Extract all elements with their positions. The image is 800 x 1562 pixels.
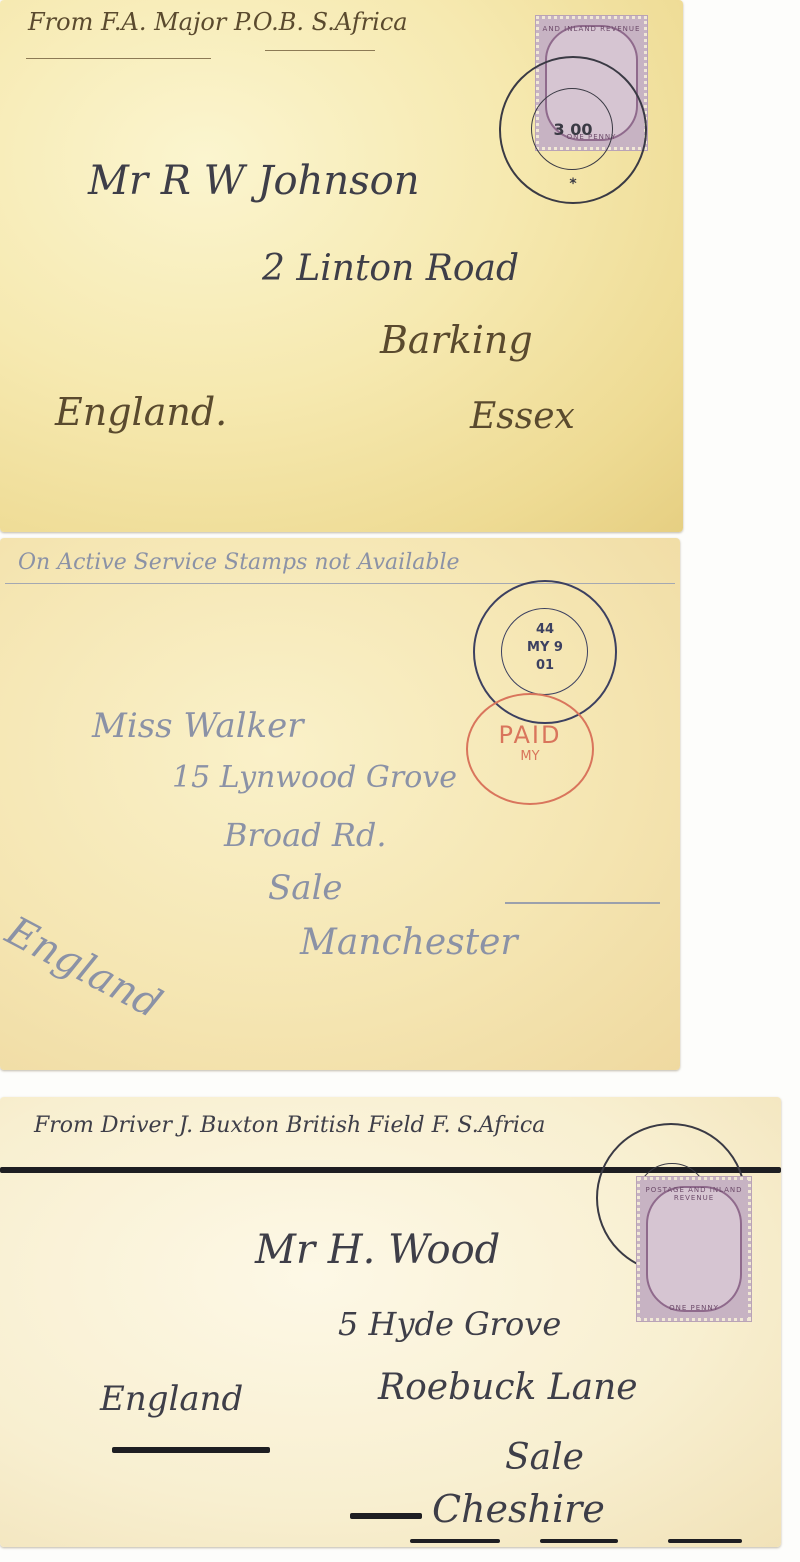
address-line: 5 Hyde Grove — [338, 1305, 561, 1343]
underline-mark — [112, 1447, 270, 1453]
addressee-name: Mr R W Johnson — [88, 158, 419, 204]
address-country: England — [0, 908, 169, 1028]
envelope-2: On Active Service Stamps not Available 4… — [0, 538, 680, 1070]
header-note: From Driver J. Buxton British Field F. S… — [34, 1113, 545, 1138]
underline — [505, 902, 660, 904]
black-dash-mark — [350, 1513, 422, 1519]
underline-mark — [410, 1539, 500, 1543]
address-street: Broad Rd. — [224, 816, 387, 854]
address-county: Cheshire — [432, 1487, 605, 1531]
ruled-line — [5, 583, 675, 584]
envelope-1: From F.A. Major P.O.B. S.Africa AND INLA… — [0, 0, 683, 532]
header-note: From F.A. Major P.O.B. S.Africa — [28, 8, 408, 36]
address-country: England. — [55, 390, 227, 434]
address-town: Sale — [505, 1437, 584, 1478]
address-line: 15 Lynwood Grove — [172, 760, 457, 795]
penny-lilac-stamp: POSTAGE AND INLAND REVENUE ONE PENNY — [637, 1177, 751, 1321]
underline — [26, 58, 211, 59]
underline-mark — [540, 1539, 618, 1543]
underline — [265, 50, 375, 51]
address-street: Roebuck Lane — [378, 1367, 638, 1408]
underline-mark — [668, 1539, 742, 1543]
envelope-3: From Driver J. Buxton British Field F. S… — [0, 1097, 781, 1547]
address-town: Barking — [380, 318, 533, 362]
address-line: 2 Linton Road — [262, 248, 519, 289]
address-town: Sale — [268, 868, 343, 908]
address-country: England — [100, 1379, 243, 1419]
address-county: Essex — [470, 396, 575, 437]
addressee-name: Mr H. Wood — [255, 1227, 500, 1273]
field-post-office-postmark: 3 00 * — [499, 56, 647, 204]
header-note: On Active Service Stamps not Available — [18, 550, 460, 575]
paid-handstamp: PAID MY — [466, 693, 594, 805]
addressee-name: Miss Walker — [92, 706, 304, 746]
address-city: Manchester — [300, 922, 518, 963]
